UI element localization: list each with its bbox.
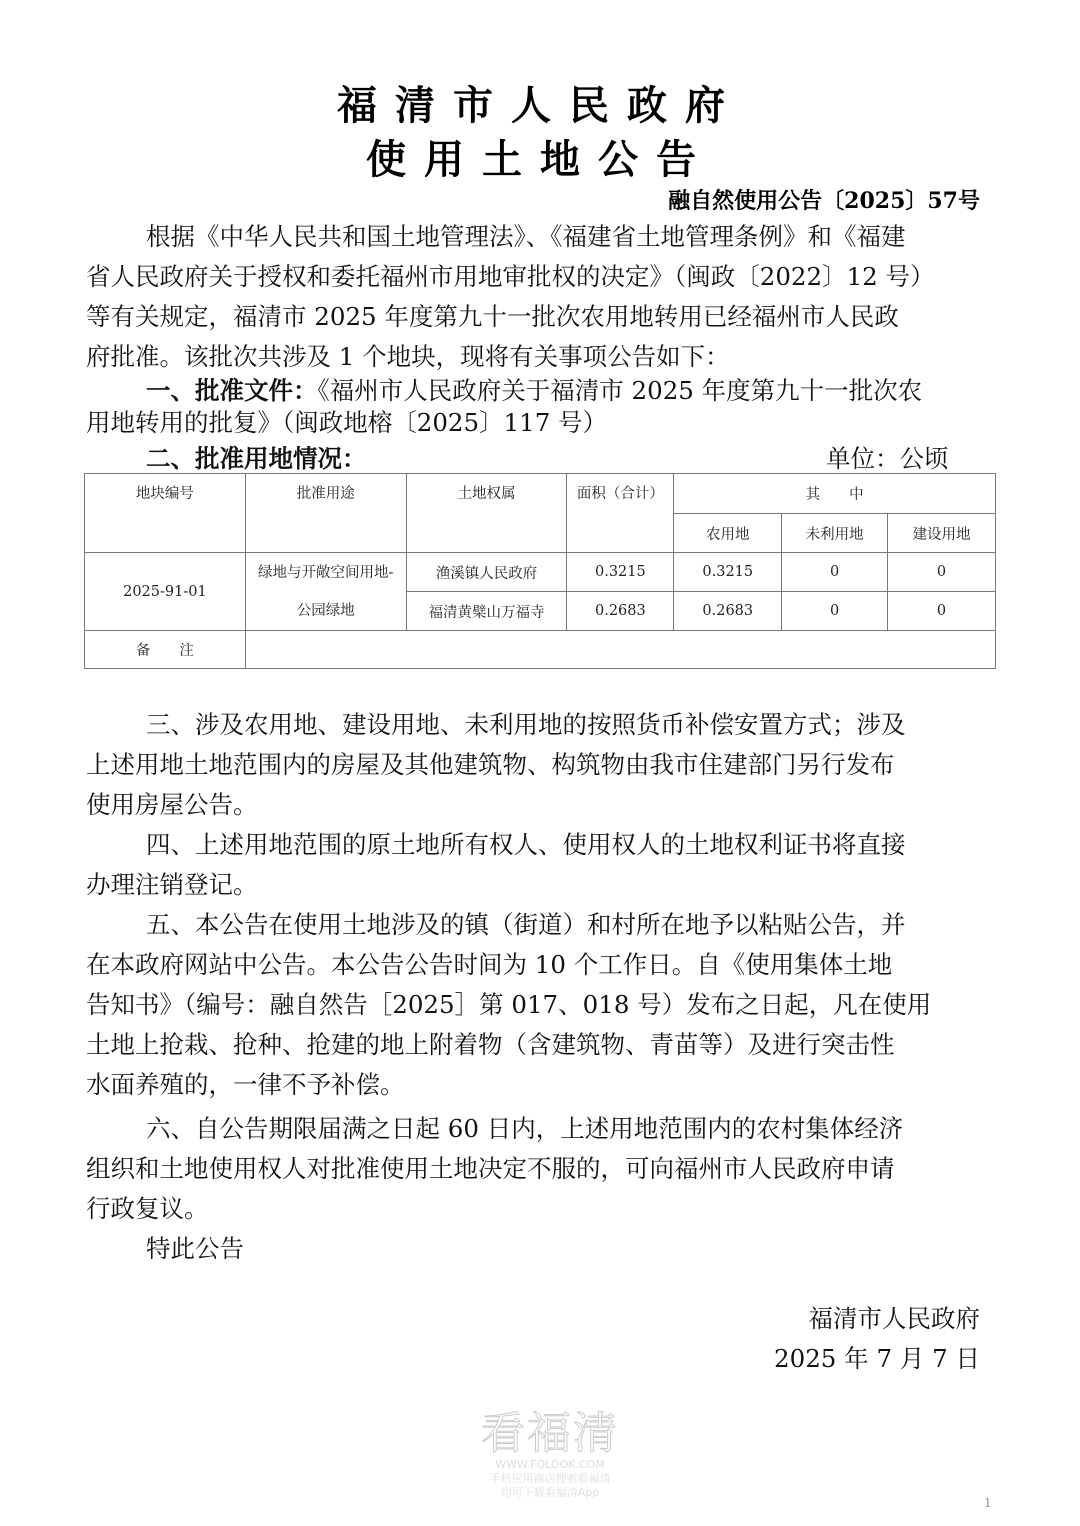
header-agricultural: 农用地 — [674, 514, 782, 553]
cell-approved-use: 绿地与开敞空间用地- 公园绿地 — [245, 553, 406, 631]
cell-area-total: 0.3215 — [567, 553, 674, 592]
cell-ownership: 福清黄檗山万福寺 — [406, 592, 567, 631]
section-5-line-1: 五、本公告在使用土地涉及的镇（街道）和村所在地予以粘贴公告，并 — [146, 906, 906, 941]
cell-unused: 0 — [782, 592, 888, 631]
cell-unused: 0 — [782, 553, 888, 592]
unit-label: 单位：公顷 — [826, 440, 949, 475]
section-5-line-4: 土地上抢栽、抢种、抢建的地上附着物（含建筑物、青苗等）及进行突击性 — [86, 1026, 895, 1061]
land-approval-table: 地块编号 批准用途 土地权属 面积（合计） 其 中 农用地 未利用地 建设用地 … — [84, 473, 996, 669]
cell-area-total: 0.2683 — [567, 592, 674, 631]
table-row: 2025-91-01 绿地与开敞空间用地- 公园绿地 渔溪镇人民政府 0.321… — [85, 553, 996, 592]
section-5-line-2: 在本政府网站中公告。本公告公告时间为 10 个工作日。自《使用集体土地 — [86, 946, 892, 981]
cell-construction: 0 — [888, 553, 996, 592]
cell-agricultural: 0.3215 — [674, 553, 782, 592]
header-area-total: 面积（合计） — [567, 474, 674, 553]
header-ownership: 土地权属 — [406, 474, 567, 553]
intro-line-1: 根据《中华人民共和国土地管理法》、《福建省土地管理条例》和《福建 — [146, 218, 906, 253]
watermark: 看福清 WWW.FQLOOK.COM 手机应用商店搜索看福清 均可下载看福清Ap… — [470, 1410, 630, 1500]
remarks-value — [245, 631, 995, 669]
section-1-line-1: 一、批准文件：《福州市人民政府关于福清市 2025 年度第九十一批次农 — [146, 372, 922, 407]
section-1-label: 一、批准文件： — [146, 376, 318, 405]
cell-ownership: 渔溪镇人民政府 — [406, 553, 567, 592]
header-unused: 未利用地 — [782, 514, 888, 553]
section-4-line-1: 四、上述用地范围的原土地所有权人、使用权人的土地权利证书将直接 — [146, 826, 906, 861]
cell-parcel-id: 2025-91-01 — [85, 553, 246, 631]
signature-date: 2025 年 7 月 7 日 — [774, 1340, 980, 1375]
remarks-label: 备 注 — [85, 631, 246, 669]
table-row-remarks: 备 注 — [85, 631, 996, 669]
section-3-line-3: 使用房屋公告。 — [86, 786, 258, 821]
title-line-1: 福清市人民政府 — [0, 74, 1080, 131]
section-3-line-1: 三、涉及农用地、建设用地、未利用地的按照货币补偿安置方式；涉及 — [146, 706, 906, 741]
watermark-url: WWW.FQLOOK.COM — [470, 1458, 630, 1472]
intro-line-4: 府批准。该批次共涉及 1 个地块，现将有关事项公告如下： — [86, 338, 730, 373]
intro-line-2: 省人民政府关于授权和委托福州市用地审批权的决定》（闽政〔2022〕12 号） — [86, 258, 935, 293]
section-5-line-5: 水面养殖的，一律不予补偿。 — [86, 1066, 405, 1101]
watermark-brand: 看福清 — [470, 1410, 630, 1458]
cell-agricultural: 0.2683 — [674, 592, 782, 631]
intro-line-3: 等有关规定，福清市 2025 年度第九十一批次农用地转用已经福州市人民政 — [86, 298, 899, 333]
watermark-line-1: 手机应用商店搜索看福清 — [470, 1472, 630, 1486]
section-6-line-1: 六、自公告期限届满之日起 60 日内，上述用地范围内的农村集体经济 — [146, 1110, 903, 1145]
page-number: 1 — [984, 1496, 992, 1510]
closing-text: 特此公告 — [146, 1230, 244, 1265]
cell-construction: 0 — [888, 592, 996, 631]
title-line-2: 使用土地公告 — [0, 128, 1080, 185]
section-6-line-2: 组织和土地使用权人对批准使用土地决定不服的，可向福州市人民政府申请 — [86, 1150, 895, 1185]
header-of-which: 其 中 — [674, 474, 996, 514]
approved-use-line-2: 公园绿地 — [246, 592, 406, 630]
section-1-text: 《福州市人民政府关于福清市 2025 年度第九十一批次农 — [318, 376, 923, 405]
section-4-line-2: 办理注销登记。 — [86, 866, 258, 901]
watermark-line-2: 均可下载看福清App — [470, 1486, 630, 1500]
section-5-line-3: 告知书》（编号：融自然告［2025］第 017、018 号）发布之日起，凡在使用 — [86, 986, 931, 1021]
document-number: 融自然使用公告〔2025〕57号 — [668, 184, 980, 215]
header-construction: 建设用地 — [888, 514, 996, 553]
header-parcel-id: 地块编号 — [85, 474, 246, 553]
section-6-line-3: 行政复议。 — [86, 1190, 209, 1225]
section-1-line-2: 用地转用的批复》（闽政地榕〔2025〕117 号） — [86, 404, 607, 439]
section-3-line-2: 上述用地土地范围内的房屋及其他建筑物、构筑物由我市住建部门另行发布 — [86, 746, 895, 781]
header-approved-use: 批准用途 — [245, 474, 406, 553]
signature-org: 福清市人民政府 — [809, 1300, 981, 1335]
section-2-label: 二、批准用地情况： — [146, 440, 367, 475]
approved-use-line-1: 绿地与开敞空间用地- — [246, 554, 406, 592]
